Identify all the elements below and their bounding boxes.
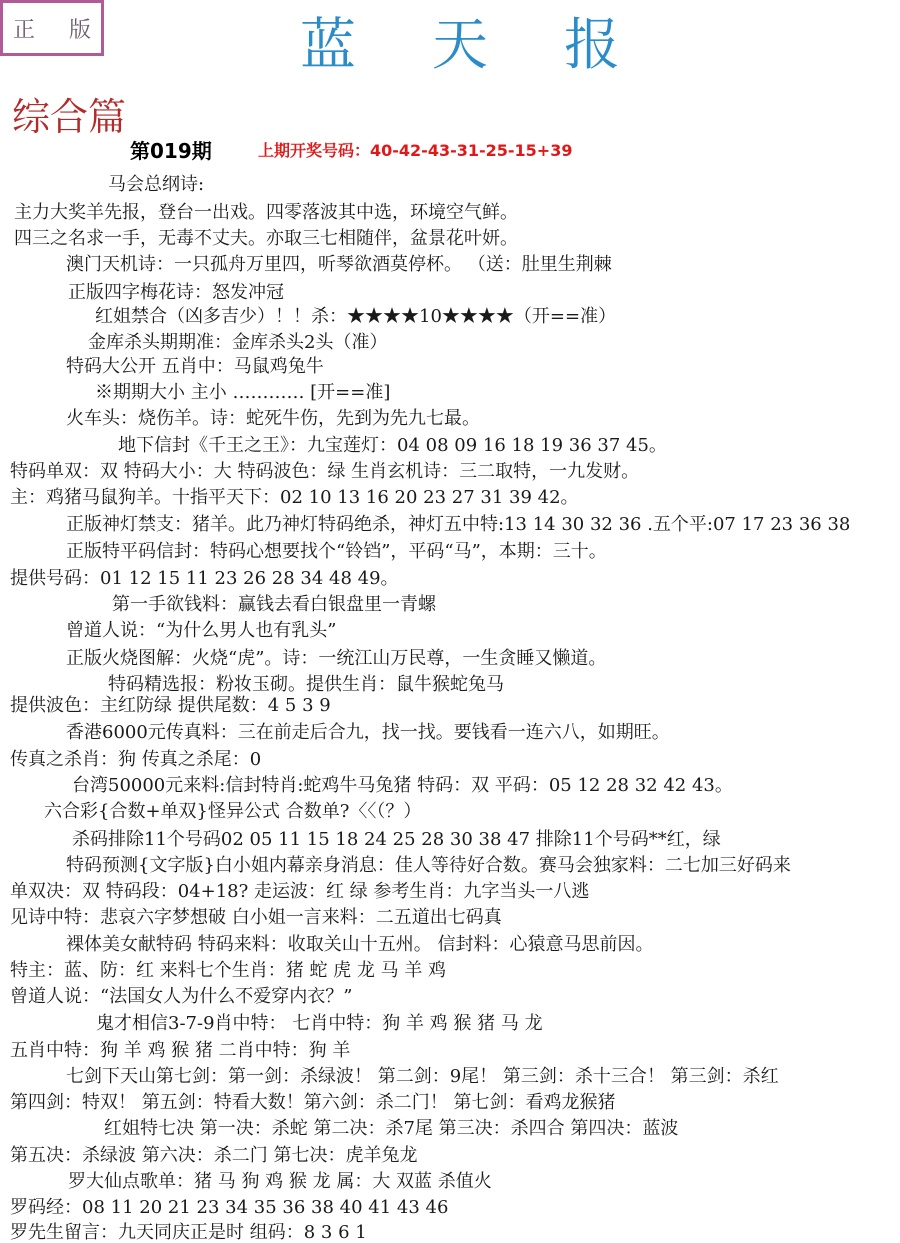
text-line: 红姐特七决 第一决：杀蛇 第二决：杀7尾 第三决：杀四合 第四决：蓝波 — [104, 1120, 678, 1138]
text-line: 金库杀头期期准：金库杀头2头（准） — [88, 334, 387, 352]
badge-char-left: 正 — [13, 13, 35, 44]
text-line: 单双决：双 特码段：04+18? 走运波：红 绿 参考生肖：九字当头一八逃 — [10, 883, 589, 901]
text-line: 地下信封《千王之王》：九宝莲灯：04 08 09 16 18 19 36 37 … — [118, 437, 667, 455]
text-line: 火车头：烧伤羊。诗：蛇死牛伤，先到为先九七最。 — [66, 410, 480, 428]
text-line: 七剑下天山第七剑：第一剑：杀绿波！ 第二剑：9尾！ 第三剑：杀十三合！ 第三剑：… — [66, 1068, 779, 1086]
authentic-badge: 正 版 — [0, 0, 104, 56]
text-line: ※期期大小 主小 ………… [开==准] — [95, 384, 390, 402]
text-line: 正版神灯禁支：猪羊。此乃神灯特码绝杀，神灯五中特:13 14 30 32 36 … — [66, 516, 850, 534]
text-line: 提供波色：主红防绿 提供尾数：4 5 3 9 — [10, 697, 331, 715]
last-draw-numbers: 上期开奖号码：40-42-43-31-25-15+39 — [258, 143, 572, 159]
text-line: 正版四字梅花诗：怒发冲冠 — [68, 284, 284, 302]
text-line: 香港6000元传真料：三在前走后合九，找一找。要钱看一连六八，如期旺。 — [66, 724, 670, 742]
newspaper-title: 蓝 天 报 — [300, 18, 620, 74]
text-line: 杀码排除11个号码02 05 11 15 18 24 25 28 30 38 4… — [72, 831, 721, 849]
title-char-1: 蓝 — [300, 18, 356, 74]
text-line: 罗码经：08 11 20 21 23 34 35 36 38 40 41 43 … — [10, 1199, 448, 1217]
text-line: 曾道人说：“法国女人为什么不爱穿内衣？” — [10, 988, 352, 1006]
text-line: 特码精选报：粉妆玉砌。提供生肖：鼠牛猴蛇兔马 — [108, 676, 504, 694]
text-line: 第一手欲钱料：赢钱去看白银盘里一青螺 — [112, 596, 436, 614]
text-line: 见诗中特：悲哀六字梦想破 白小姐一言来料：二五道出七码真 — [10, 909, 502, 927]
text-line: 六合彩{合数+单双}怪异公式 合数单?〈〈（？） — [44, 803, 421, 821]
issue-number: 第019期 — [130, 141, 212, 161]
text-line: 罗大仙点歌单：猪 马 狗 鸡 猴 龙 属：大 双蓝 杀值火 — [68, 1173, 492, 1191]
text-line: 鬼才相信3-7-9肖中特： 七肖中特：狗 羊 鸡 猴 猪 马 龙 — [96, 1015, 543, 1033]
title-char-2: 天 — [432, 18, 488, 74]
title-char-3: 报 — [564, 18, 620, 74]
text-line: 主：鸡猪马鼠狗羊。十指平天下：02 10 13 16 20 23 27 31 3… — [10, 489, 579, 507]
text-line: 正版火烧图解：火烧“虎”。诗：一统江山万民尊，一生贪睡又懒道。 — [66, 650, 606, 668]
text-line: 五肖中特：狗 羊 鸡 猴 猪 二肖中特：狗 羊 — [10, 1042, 350, 1060]
text-line: 马会总纲诗: — [108, 176, 204, 194]
text-line: 罗先生留言：九天同庆正是时 组码：8 3 6 1 — [10, 1224, 367, 1242]
text-line: 裸体美女献特码 特码来料：收取关山十五州。 信封料：心猿意马思前因。 — [66, 936, 653, 954]
text-line: 特码大公开 五肖中：马鼠鸡兔牛 — [66, 358, 324, 376]
text-line: 特码单双：双 特码大小：大 特码波色：绿 生肖玄机诗：三二取特，一九发财。 — [10, 463, 639, 481]
badge-char-right: 版 — [69, 13, 91, 44]
text-line: 特主：蓝、防：红 来料七个生肖：猪 蛇 虎 龙 马 羊 鸡 — [10, 962, 446, 980]
text-line: 曾道人说：“为什么男人也有乳头” — [66, 622, 336, 640]
text-line: 第五决：杀绿波 第六决：杀二门 第七决：虎羊兔龙 — [10, 1147, 417, 1165]
text-line: 红姐禁合（凶多吉少）！！杀：★★★★10★★★★（开==准） — [95, 308, 616, 326]
text-line: 台湾50000元来料:信封特肖:蛇鸡牛马兔猪 特码：双 平码：05 12 28 … — [72, 777, 733, 795]
text-line: 正版特平码信封：特码心想要找个“铃铛”，平码“马”，本期：三十。 — [66, 543, 607, 561]
text-line: 传真之杀肖：狗 传真之杀尾：0 — [10, 751, 261, 769]
text-line: 澳门天机诗：一只孤舟万里四，听琴欲酒莫停杯。 （送：肚里生荆棘 — [66, 256, 612, 274]
text-line: 第四剑：特双！ 第五剑：特看大数！第六剑：杀二门！ 第七剑：看鸡龙猴猪 — [10, 1094, 615, 1112]
text-line: 四三之名求一手，无毒不丈夫。亦取三七相随伴，盆景花叶妍。 — [14, 230, 518, 248]
section-heading: 综合篇 — [12, 98, 126, 136]
text-line: 特码预测{文字版}白小姐内幕亲身消息：佳人等待好合数。赛马会独家料：二七加三好码… — [66, 857, 791, 875]
text-line: 主力大奖羊先报，登台一出戏。四零落波其中选，环境空气鲜。 — [14, 204, 518, 222]
text-line: 提供号码：01 12 15 11 23 26 28 34 48 49。 — [10, 570, 399, 588]
